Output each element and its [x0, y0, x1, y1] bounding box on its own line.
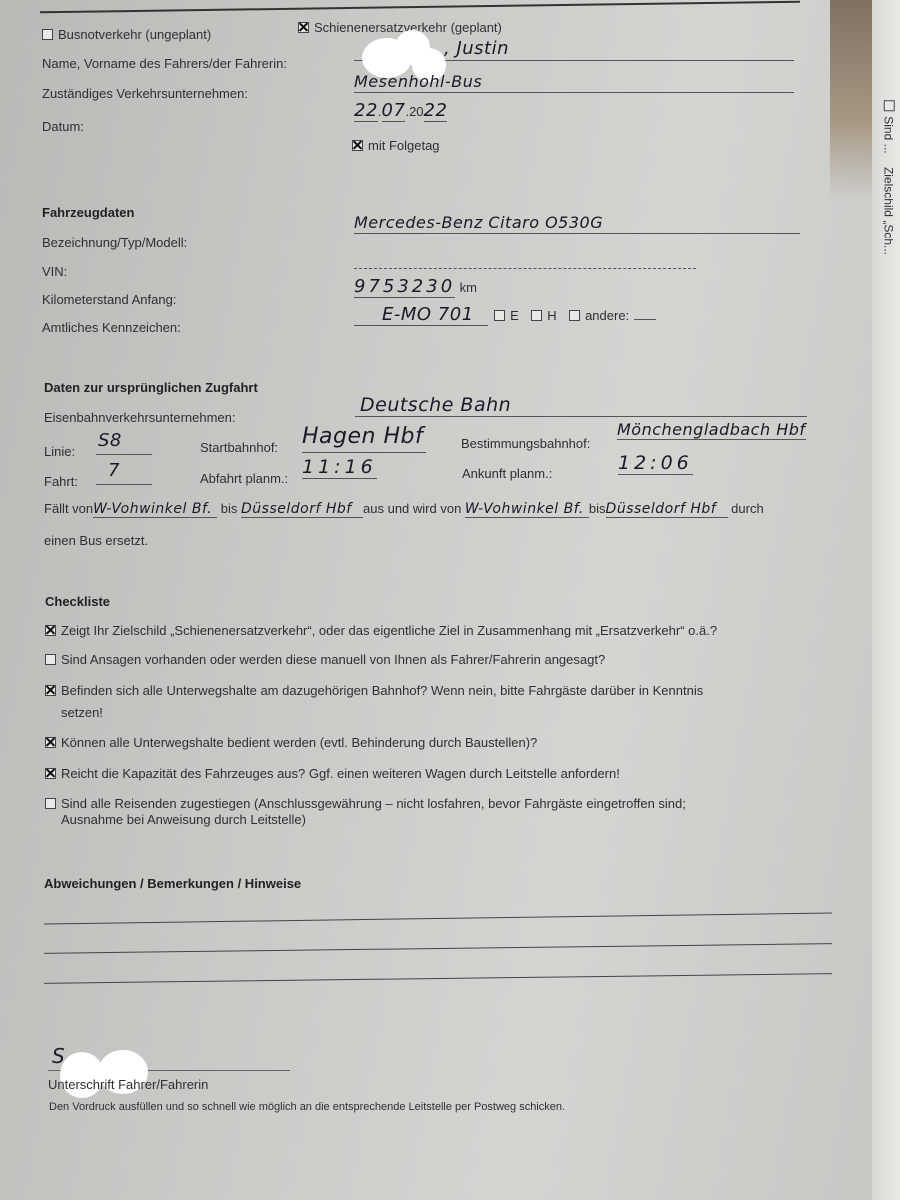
cancel-from-field[interactable]: W-Vohwinkel Bf. [93, 501, 217, 518]
departure-label: Abfahrt planm.: [200, 471, 288, 486]
date-field[interactable]: 22.07.2022 [354, 100, 447, 121]
vehicle-section-title: Fahrzeugdaten [42, 205, 134, 220]
checklist-item[interactable]: Sind Ansagen vorhanden oder werden diese… [45, 652, 605, 667]
checklist-item[interactable]: Reicht die Kapazität des Fahrzeuges aus?… [45, 766, 620, 781]
plate-field[interactable]: E-MO 701 E H andere: [354, 304, 656, 325]
line-field[interactable]: S8 [96, 430, 152, 455]
km-label: Kilometerstand Anfang: [42, 292, 176, 307]
train-section-title: Daten zur ursprünglichen Zugfahrt [44, 380, 258, 395]
checkbox-plate-other[interactable] [569, 310, 580, 321]
start-station-field[interactable]: Hagen Hbf [302, 424, 426, 453]
underlying-page-text: Sind ... Zielschild „Sch... [882, 100, 896, 255]
start-station-label: Startbahnhof: [200, 440, 278, 455]
checkbox-destination-sign[interactable] [45, 625, 56, 636]
option-mit-folgetag[interactable]: mit Folgetag [352, 138, 440, 153]
replace-from-field[interactable]: W-Vohwinkel Bf. [465, 501, 589, 518]
option-schienenersatzverkehr[interactable]: Schienenersatzverkehr (geplant) [298, 20, 502, 35]
remarks-line-3[interactable] [44, 973, 832, 984]
checklist-item[interactable]: Sind alle Reisenden zugestiegen (Anschlu… [45, 796, 686, 811]
km-field[interactable]: 9753230 km [354, 276, 477, 297]
plate-label: Amtliches Kennzeichen: [42, 320, 181, 335]
operator-label: Eisenbahnverkehrsunternehmen: [44, 410, 236, 425]
cancellation-sentence: Fällt vonW-Vohwinkel Bf. bis Düsseldorf … [44, 501, 764, 518]
arrival-field[interactable]: 12:06 [618, 452, 693, 474]
checklist-item[interactable]: Zeigt Ihr Zielschild „Schienenersatzverk… [45, 623, 717, 638]
checklist-item-continuation: setzen! [61, 705, 103, 720]
company-field[interactable]: Mesenhohl-Bus [354, 70, 794, 93]
vin-field[interactable] [354, 258, 696, 269]
checklist-item-continuation: Ausnahme bei Anweisung durch Leitstelle) [61, 812, 306, 827]
form-page: Sind ... Zielschild „Sch... Busnotverkeh… [0, 0, 900, 1200]
footer-instruction: Den Vordruck ausfüllen und so schnell wi… [49, 1101, 565, 1113]
dest-station-field[interactable]: Mönchengladbach Hbf [617, 420, 806, 440]
checkbox-all-boarded[interactable] [45, 798, 56, 809]
signature-label: Unterschrift Fahrer/Fahrerin [48, 1077, 208, 1092]
arrival-label: Ankunft planm.: [462, 466, 552, 481]
cancellation-sentence-end: einen Bus ersetzt. [44, 533, 148, 548]
top-divider [40, 1, 800, 14]
checkbox-planned[interactable] [298, 22, 309, 33]
dest-station-label: Bestimmungsbahnhof: [461, 436, 590, 451]
checkbox-plate-h[interactable] [531, 310, 542, 321]
model-label: Bezeichnung/Typ/Modell: [42, 235, 187, 250]
checklist-title: Checkliste [45, 594, 110, 609]
checkbox-stops-served[interactable] [45, 737, 56, 748]
company-label: Zuständiges Verkehrsunternehmen: [42, 86, 248, 101]
cancel-to-field[interactable]: Düsseldorf Hbf [241, 501, 363, 518]
replace-to-field[interactable]: Düsseldorf Hbf [606, 501, 728, 518]
trip-field[interactable]: 7 [96, 460, 152, 485]
checkbox-announcements[interactable] [45, 654, 56, 665]
departure-field[interactable]: 11:16 [302, 456, 377, 478]
checkbox-capacity[interactable] [45, 768, 56, 779]
checkbox-next-day[interactable] [352, 140, 363, 151]
checkbox-stops-at-station[interactable] [45, 685, 56, 696]
operator-field[interactable]: Deutsche Bahn [355, 394, 807, 417]
date-label: Datum: [42, 119, 84, 134]
remarks-line-1[interactable] [44, 912, 832, 924]
checkbox-plate-e[interactable] [494, 310, 505, 321]
checklist-item[interactable]: Können alle Unterwegshalte bedient werde… [45, 735, 537, 750]
vin-label: VIN: [42, 264, 67, 279]
checkbox-unplanned[interactable] [42, 29, 53, 40]
checklist-item[interactable]: Befinden sich alle Unterwegshalte am daz… [45, 683, 703, 698]
remarks-line-2[interactable] [44, 943, 832, 954]
line-label: Linie: [44, 444, 75, 459]
model-field[interactable]: Mercedes-Benz Citaro O530G [354, 212, 800, 234]
driver-name-label: Name, Vorname des Fahrers/der Fahrerin: [42, 56, 287, 71]
remarks-title: Abweichungen / Bemerkungen / Hinweise [44, 876, 301, 891]
option-busnotverkehr[interactable]: Busnotverkehr (ungeplant) [42, 27, 211, 42]
trip-label: Fahrt: [44, 474, 78, 489]
